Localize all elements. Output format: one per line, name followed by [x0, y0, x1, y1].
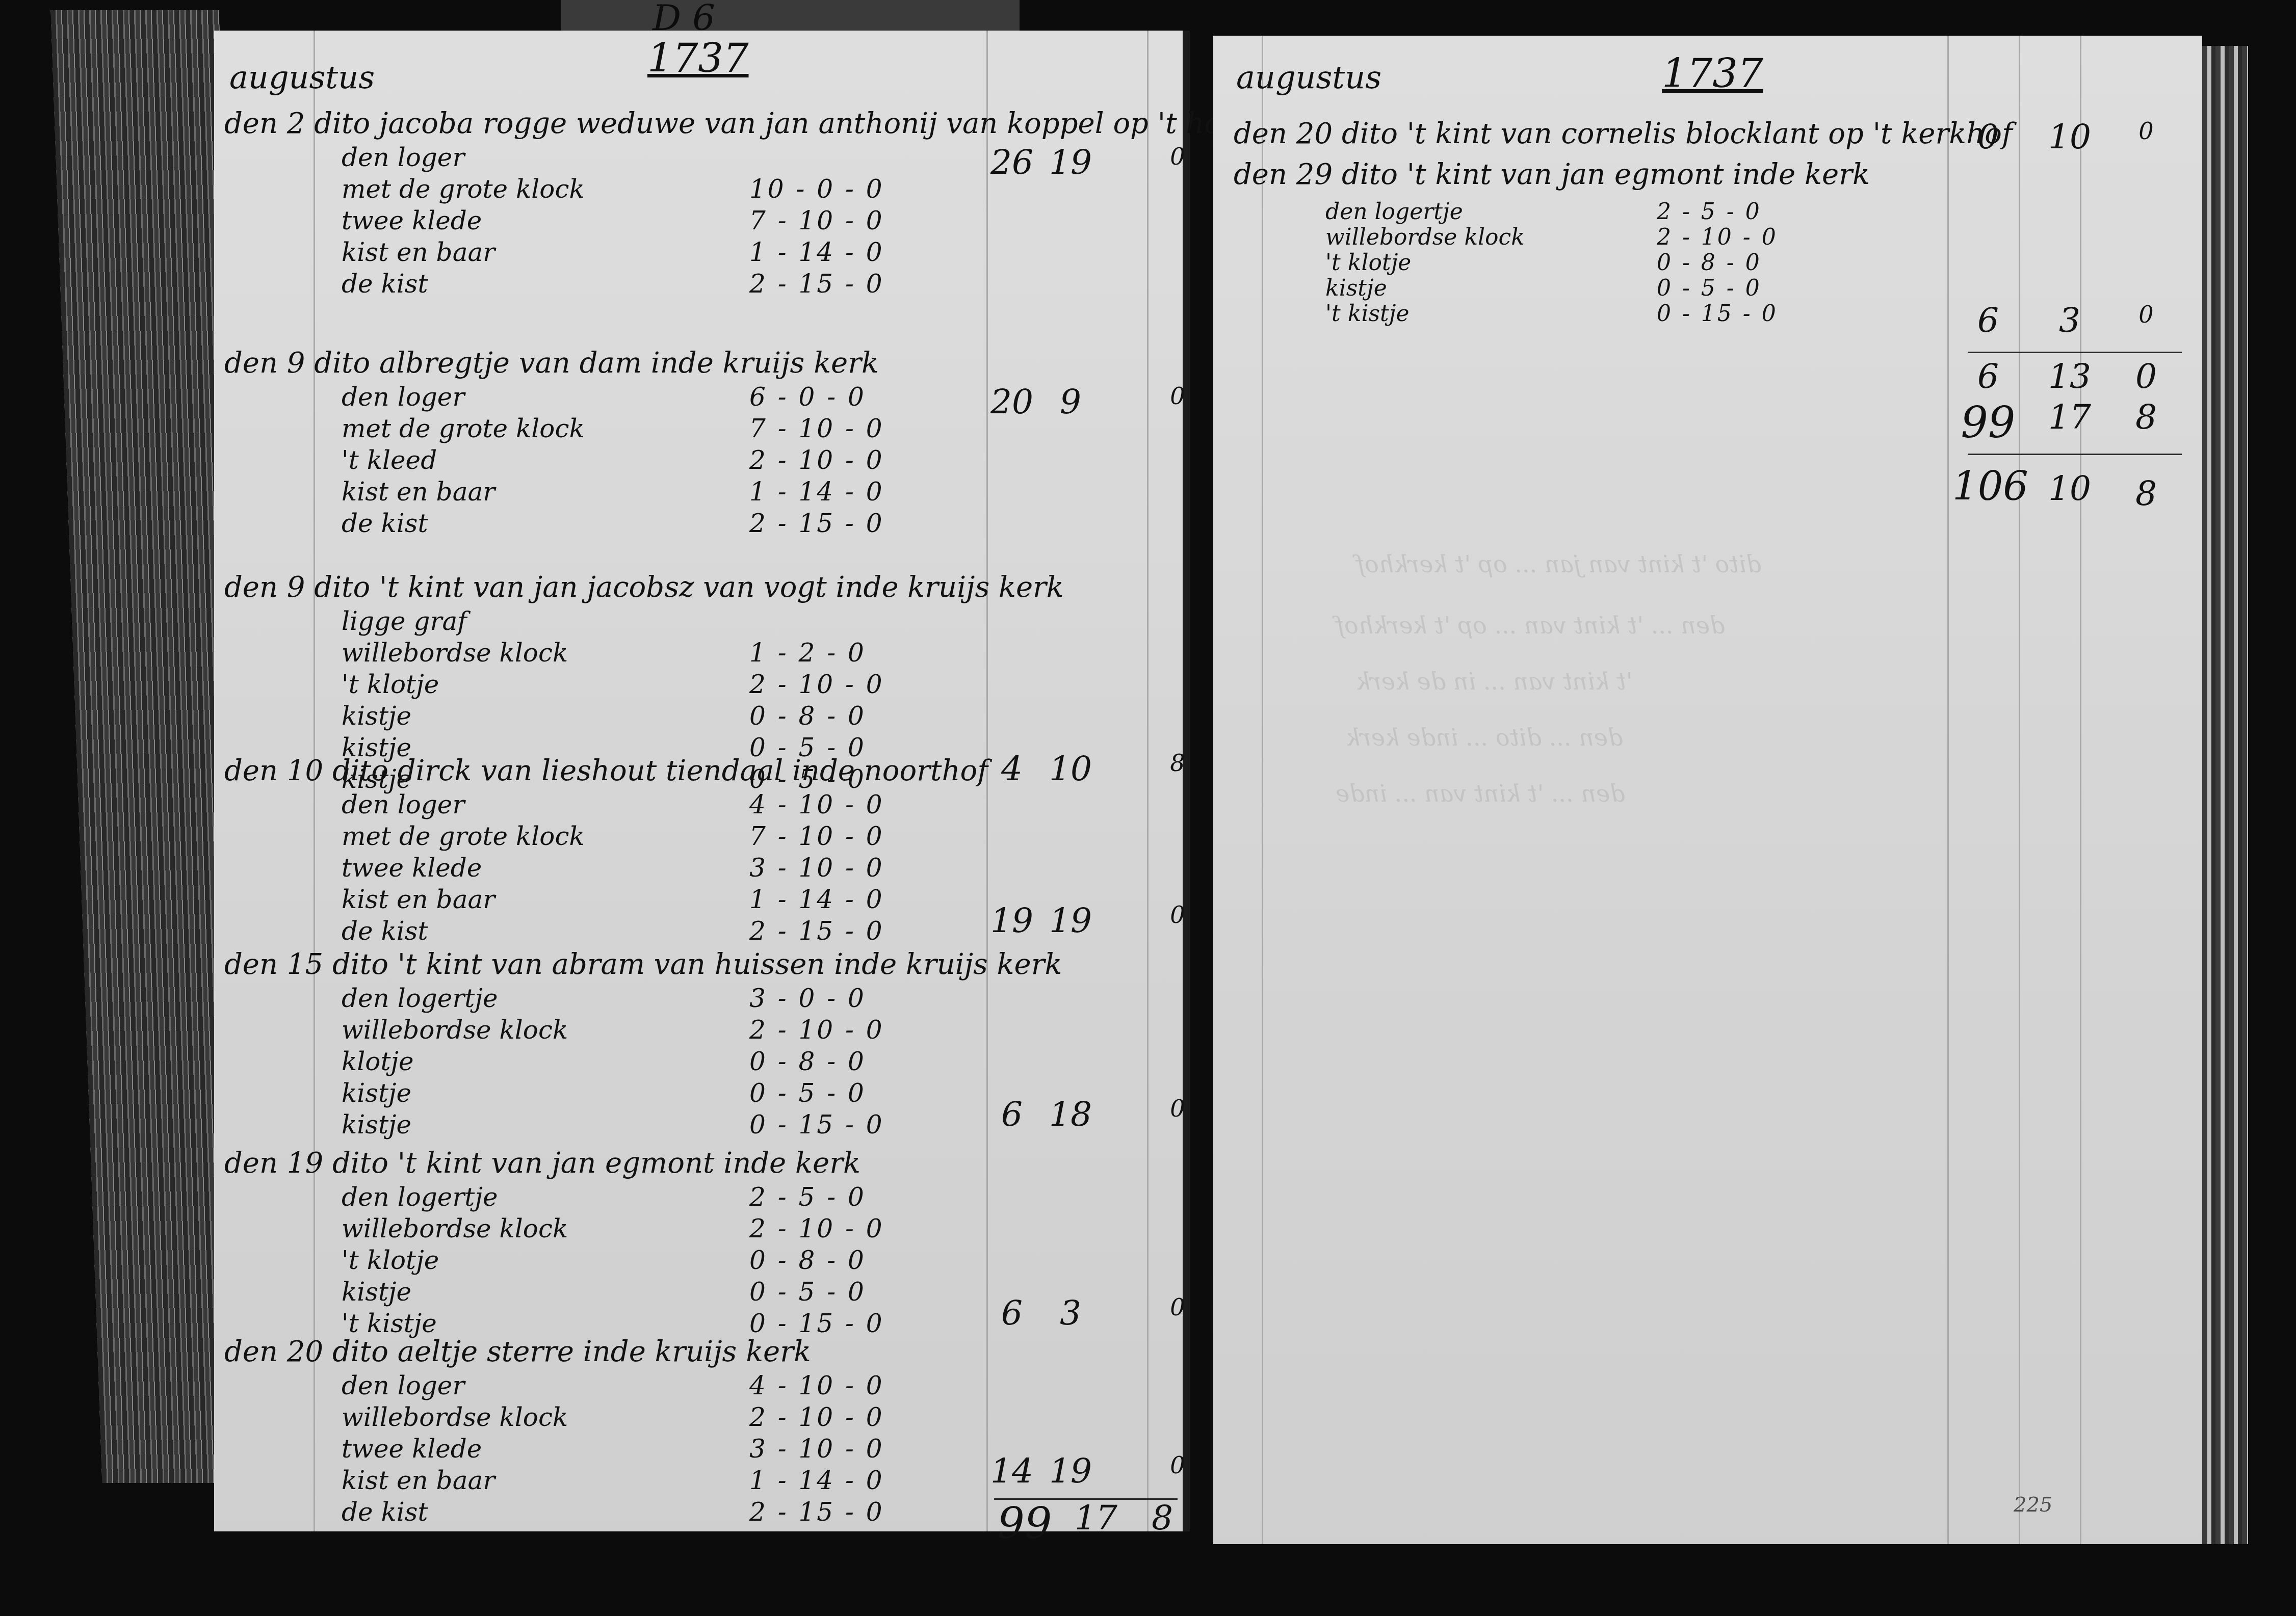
grand-total-penningen: 8: [2110, 474, 2182, 513]
item-label: willebordse klock: [342, 1214, 568, 1243]
item-label: kist en baar: [342, 885, 495, 914]
carried-penningen: 8: [2110, 398, 2182, 437]
page-total-guilders: 99: [989, 1498, 1060, 1548]
item-label: de kist: [342, 1497, 428, 1527]
item-amount: 1 - 14 - 0: [749, 237, 884, 267]
item-label: twee klede: [342, 853, 482, 883]
total-stuivers: 9: [1035, 382, 1106, 421]
item-label: 't kistje: [1325, 301, 1409, 327]
item-label: den loger: [342, 790, 464, 819]
entry-header: den 9 dito albregtje van dam inde kruijs…: [224, 347, 879, 380]
item-label: den logertje: [1325, 199, 1463, 225]
grand-total-guilders: 106: [1952, 464, 2024, 510]
page-total-penningen: 8: [1127, 1498, 1198, 1538]
total-penningen: 0: [2110, 117, 2182, 145]
total-rule: [1968, 454, 2182, 455]
subtotal-stuivers: 13: [2034, 357, 2105, 396]
page-number: 225: [2014, 1493, 2052, 1517]
item-label: kist en baar: [342, 477, 495, 507]
total-stuivers: 3: [1035, 1293, 1106, 1333]
item-amount: 2 - 15 - 0: [749, 916, 884, 946]
item-amount: 0 - 8 - 0: [1657, 250, 1762, 276]
item-label: kistje: [1325, 275, 1387, 301]
item-amount: 2 - 10 - 0: [749, 1402, 884, 1432]
item-amount: 4 - 10 - 0: [749, 1371, 884, 1400]
item-amount: 0 - 15 - 0: [1657, 301, 1778, 327]
item-amount: 10 - 0 - 0: [749, 174, 884, 204]
entry-header: den 10 dito dirck van lieshout tiendaal …: [224, 754, 988, 787]
item-label: den logertje: [342, 1182, 498, 1212]
grand-total-stuivers: 10: [2034, 469, 2105, 508]
margin-rule: [1262, 36, 1263, 1544]
item-amount: 2 - 5 - 0: [749, 1182, 866, 1212]
item-amount: 1 - 14 - 0: [749, 885, 884, 914]
entry-header: den 15 dito 't kint van abram van huisse…: [224, 948, 1062, 981]
item-label: kistje: [342, 1110, 411, 1140]
item-amount: 0 - 15 - 0: [749, 1110, 884, 1140]
total-penningen: 0: [1142, 1095, 1213, 1122]
subtotal-guilders: 6: [1952, 357, 2024, 396]
bleed-through-text: den ... dito ... inde kerk: [1346, 724, 1623, 751]
item-amount: 7 - 10 - 0: [749, 414, 884, 443]
total-stuivers: 10: [1035, 749, 1106, 788]
total-penningen: 8: [1142, 749, 1213, 777]
item-amount: 2 - 15 - 0: [749, 1497, 884, 1527]
item-label: de kist: [342, 916, 428, 946]
item-amount: 0 - 5 - 0: [749, 1277, 866, 1307]
carried-guilders: 99: [1952, 398, 2024, 447]
entry-header: den 9 dito 't kint van jan jacobsz van v…: [224, 571, 1064, 604]
item-amount: 1 - 14 - 0: [749, 1466, 884, 1495]
page-total-stuivers: 17: [1060, 1498, 1132, 1538]
item-label: kistje: [342, 701, 411, 731]
item-amount: 0 - 8 - 0: [749, 1246, 866, 1275]
item-amount: 2 - 10 - 0: [749, 1214, 884, 1243]
entry-header: den 2 dito jacoba rogge weduwe van jan a…: [224, 107, 1342, 140]
entry-header: den 20 dito 't kint van cornelis blockla…: [1234, 117, 2013, 150]
item-label: 't klotje: [342, 670, 439, 699]
item-amount: 0 - 8 - 0: [749, 701, 866, 731]
item-amount: 2 - 15 - 0: [749, 269, 884, 299]
item-label: met de grote klock: [342, 414, 585, 443]
item-amount: 7 - 10 - 0: [749, 206, 884, 235]
item-amount: 0 - 5 - 0: [1657, 275, 1762, 301]
item-amount: 3 - 10 - 0: [749, 1434, 884, 1464]
item-amount: 6 - 0 - 0: [749, 382, 866, 412]
bleed-through-text: den ... 't kint van ... inde: [1336, 780, 1625, 807]
month-heading: augustus: [229, 59, 375, 96]
column-rule-stuivers: [2080, 36, 2081, 1544]
total-stuivers: 18: [1035, 1095, 1106, 1134]
item-label: den loger: [342, 143, 464, 172]
item-label: kist en baar: [342, 237, 495, 267]
entry-header: den 19 dito 't kint van jan egmont inde …: [224, 1147, 860, 1180]
item-label: kistje: [342, 1078, 411, 1108]
binding-strip: D 6: [561, 0, 1020, 32]
item-amount: 2 - 10 - 0: [1657, 224, 1778, 250]
item-amount: 2 - 15 - 0: [749, 509, 884, 538]
total-penningen: 0: [2110, 301, 2182, 328]
item-label: kist en baar: [342, 1466, 495, 1495]
item-amount: 0 - 5 - 0: [749, 1078, 866, 1108]
year-heading: 1737: [1662, 51, 1763, 97]
item-label: twee klede: [342, 206, 482, 235]
item-amount: 2 - 10 - 0: [749, 445, 884, 475]
item-label: willebordse klock: [1325, 224, 1525, 250]
item-label: willebordse klock: [342, 1015, 568, 1045]
total-stuivers: 19: [1035, 1451, 1106, 1491]
item-amount: 0 - 15 - 0: [749, 1309, 884, 1338]
item-label: klotje: [342, 1047, 414, 1076]
item-label: de kist: [342, 509, 428, 538]
total-stuivers: 19: [1035, 901, 1106, 940]
item-amount: 4 - 10 - 0: [749, 790, 884, 819]
item-amount: 3 - 0 - 0: [749, 984, 866, 1013]
total-guilders: 6: [1952, 301, 2024, 340]
item-label: 't klotje: [1325, 250, 1411, 276]
year-heading: 1737: [647, 36, 749, 82]
total-penningen: 0: [1142, 143, 1213, 170]
column-rule-left: [1947, 36, 1949, 1544]
column-rule-guilders: [2019, 36, 2020, 1544]
item-label: twee klede: [342, 1434, 482, 1464]
item-label: ligge graf: [342, 606, 467, 636]
item-amount: 2 - 10 - 0: [749, 1015, 884, 1045]
total-stuivers: 10: [2034, 117, 2105, 156]
total-penningen: 0: [1142, 1451, 1213, 1479]
item-amount: 7 - 10 - 0: [749, 822, 884, 851]
subtotal-penningen: 0: [2110, 357, 2182, 396]
item-label: met de grote klock: [342, 174, 585, 204]
item-amount: 1 - 14 - 0: [749, 477, 884, 507]
total-guilders: 0: [1952, 117, 2024, 156]
total-penningen: 0: [1142, 1293, 1213, 1321]
entry-header: den 29 dito 't kint van jan egmont inde …: [1234, 158, 1870, 191]
item-amount: 3 - 10 - 0: [749, 853, 884, 883]
item-amount: 0 - 8 - 0: [749, 1047, 866, 1076]
bleed-through-text: 't kint van ... in de kerk: [1356, 668, 1632, 695]
item-label: willebordse klock: [342, 1402, 568, 1432]
item-amount: 2 - 5 - 0: [1657, 199, 1762, 225]
item-label: den loger: [342, 1371, 464, 1400]
bleed-through-text: den ... 't kint van ... op 't kerkhof: [1336, 612, 1725, 639]
item-amount: 1 - 2 - 0: [749, 638, 866, 668]
right-page: augustus 1737 den 20 dito 't kint van co…: [1213, 36, 2202, 1544]
item-label: met de grote klock: [342, 822, 585, 851]
item-label: 't kistje: [342, 1309, 437, 1338]
bleed-through-text: dito 't kint van jan ... op 't kerkhof: [1356, 550, 1761, 578]
carried-stuivers: 17: [2034, 398, 2105, 437]
total-penningen: 0: [1142, 901, 1213, 929]
item-label: 't kleed: [342, 445, 437, 475]
total-penningen: 0: [1142, 382, 1213, 410]
left-page: augustus 1737 den 2 dito jacoba rogge we…: [214, 31, 1190, 1531]
item-label: de kist: [342, 269, 428, 299]
item-label: kistje: [342, 1277, 411, 1307]
total-stuivers: 3: [2034, 301, 2105, 340]
entry-header: den 20 dito aeltje sterre inde kruijs ke…: [224, 1335, 811, 1368]
subtotal-rule: [1968, 352, 2182, 353]
item-label: den logertje: [342, 984, 498, 1013]
total-stuivers: 19: [1035, 143, 1106, 182]
item-label: den loger: [342, 382, 464, 412]
item-amount: 2 - 10 - 0: [749, 670, 884, 699]
item-label: willebordse klock: [342, 638, 568, 668]
right-page-edges: [2202, 46, 2248, 1544]
month-heading: augustus: [1236, 59, 1381, 96]
item-label: 't klotje: [342, 1246, 439, 1275]
